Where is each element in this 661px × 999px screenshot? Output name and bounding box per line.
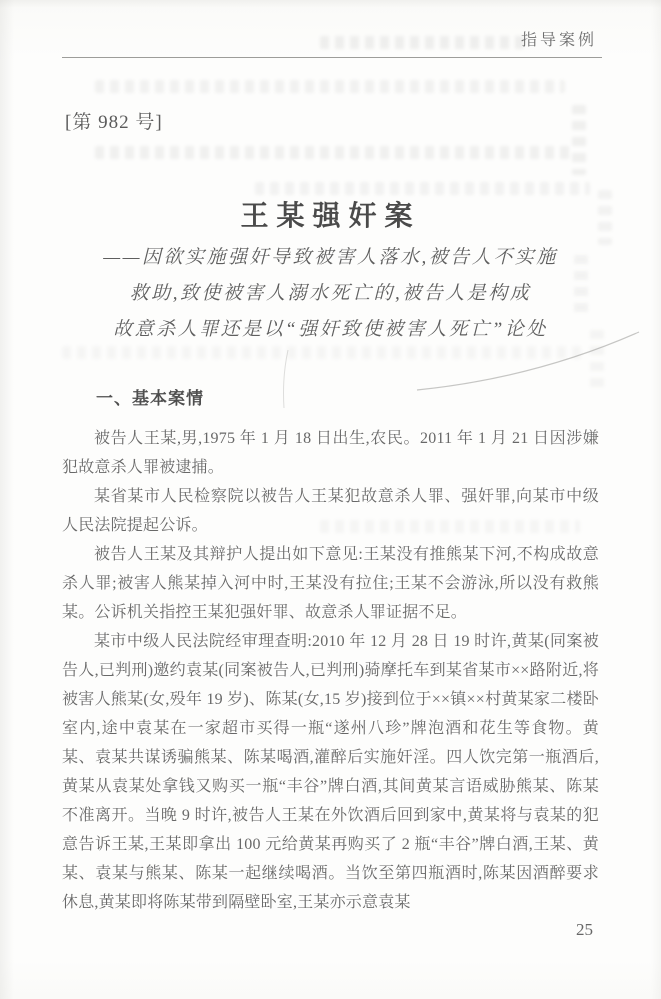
case-subtitle: ——因欲实施强奸导致被害人落水,被告人不实施 救助,致使被害人溺水死亡的,被告人…	[58, 240, 603, 348]
page-number: 25	[576, 920, 593, 940]
body-paragraph: 被告人王某,男,1975 年 1 月 18 日出生,农民。2011 年 1 月 …	[62, 424, 599, 482]
bleedthrough-artifact	[95, 146, 575, 159]
scratch-mark	[278, 348, 292, 410]
case-title: 王某强奸案	[0, 194, 661, 234]
body-paragraph: 被告人王某及其辩护人提出如下意见:王某没有推熊某下河,不构成故意杀人罪;被害人熊…	[62, 540, 599, 627]
subtitle-line: 故意杀人罪还是以“强奸致使被害人死亡”论处	[58, 312, 603, 348]
header-rule	[62, 57, 602, 58]
body-text: 被告人王某,男,1975 年 1 月 18 日出生,农民。2011 年 1 月 …	[62, 424, 599, 917]
case-number: [第 982 号]	[65, 107, 163, 134]
body-paragraph: 某省某市人民检察院以被告人王某犯故意杀人罪、强奸罪,向某市中级人民法院提起公诉。	[62, 482, 599, 540]
section-heading: 一、基本案情	[96, 384, 204, 409]
bleedthrough-artifact	[95, 80, 565, 93]
subtitle-line: ——因欲实施强奸导致被害人落水,被告人不实施	[58, 240, 603, 276]
body-paragraph: 某市中级人民法院经审理查明:2010 年 12 月 28 日 19 时许,黄某(…	[62, 627, 599, 917]
bleedthrough-artifact	[320, 36, 525, 49]
subtitle-line: 救助,致使被害人溺水死亡的,被告人是构成	[58, 276, 603, 312]
bleedthrough-artifact	[572, 105, 586, 175]
running-header: 指导案例	[521, 27, 597, 50]
